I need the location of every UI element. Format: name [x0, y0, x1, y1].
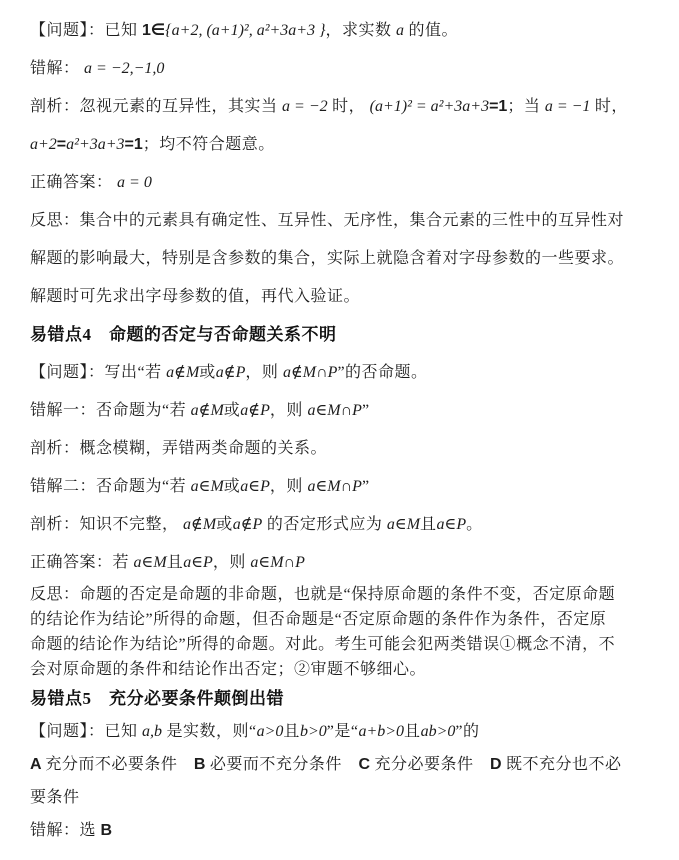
math-run: a∉M∩P: [283, 364, 338, 381]
math-run: a>0: [257, 723, 284, 740]
emphasis-run: A: [30, 756, 45, 773]
math-run: a∈M: [191, 478, 224, 495]
text-run: 错解一：否命题为“若: [30, 402, 191, 419]
math-run: b>0: [300, 723, 327, 740]
text-run: ”: [362, 478, 370, 495]
text-run: ”的: [455, 723, 479, 740]
text-run: 且: [420, 516, 437, 533]
math-run: a∈P: [437, 516, 467, 533]
section-heading-4: 易错点4 命题的否定与否命题关系不明: [30, 316, 655, 354]
math-run: a∉P: [216, 364, 246, 381]
text-run: 。: [466, 516, 483, 533]
text-run: 时，: [328, 98, 370, 115]
emphasis-run: 1∈: [142, 22, 165, 39]
emphasis-run: =: [57, 136, 66, 153]
math-run: a∉P: [240, 402, 270, 419]
math-run: a∉M: [183, 516, 216, 533]
math-run: (a+1)² = a²+3a+3: [370, 98, 489, 115]
math-run: a∉M: [191, 402, 224, 419]
answer-options-5: A 充分而不必要条件 B 必要而不充分条件 C 充分必要条件 D 既不充分也不必…: [30, 748, 655, 814]
problem-statement-5: 【问题】：已知 a,b 是实数，则“a>0且b>0”是“a+b>0且ab>0”的: [30, 715, 655, 748]
wrong-answer-4b: 错解二：否命题为“若 a∈M或a∈P，则 a∈M∩P”: [30, 468, 655, 506]
problem-statement-4: 【问题】：写出“若 a∉M或a∉P，则 a∉M∩P”的否命题。: [30, 354, 655, 392]
text-run: ，则: [213, 554, 251, 571]
emphasis-run: =1: [125, 136, 143, 153]
analysis-4a: 剖析：概念模糊，弄错两类命题的关系。: [30, 430, 655, 468]
text-run: 或: [199, 364, 216, 381]
emphasis-run: D: [490, 756, 506, 773]
text-run: 或: [216, 516, 233, 533]
math-run: a∈M∩P: [307, 478, 362, 495]
text-run: 正确答案：若: [30, 554, 134, 571]
text-run: 【问题】：已知: [30, 723, 142, 740]
text-run: 的否定形式应为: [262, 516, 387, 533]
emphasis-run: B: [101, 822, 113, 839]
text-run: ，则: [270, 478, 308, 495]
math-run: a∈P: [240, 478, 270, 495]
math-run: a = −2: [282, 98, 328, 115]
math-run: a∈M: [134, 554, 167, 571]
text-run: 充分而不必要条件: [45, 756, 194, 773]
text-run: 【问题】：写出“若: [30, 364, 166, 381]
math-run: a²+3a+3: [66, 136, 124, 153]
text-run: 或: [224, 478, 241, 495]
text-run: 错解：: [30, 60, 84, 77]
text-run: 充分必要条件: [374, 756, 490, 773]
text-run: ，求实数: [326, 22, 397, 39]
text-run: ”: [362, 402, 370, 419]
math-run: ab>0: [421, 723, 456, 740]
wrong-answer-3: 错解： a = −2,−1,0: [30, 50, 655, 88]
emphasis-run: B: [194, 756, 210, 773]
text-run: 时，: [590, 98, 628, 115]
correct-answer-3: 正确答案： a = 0: [30, 164, 655, 202]
math-run: a+2: [30, 136, 57, 153]
text-run: 且: [404, 723, 421, 740]
wrong-answer-4a: 错解一：否命题为“若 a∉M或a∉P，则 a∈M∩P”: [30, 392, 655, 430]
text-run: ，则: [270, 402, 308, 419]
text-run: 必要而不充分条件: [210, 756, 359, 773]
analysis-4b: 剖析：知识不完整， a∉M或a∉P 的否定形式应为 a∈M且a∈P。: [30, 506, 655, 544]
math-run: a+b>0: [358, 723, 404, 740]
math-run: a,b: [142, 723, 162, 740]
text-run: 错解：选: [30, 822, 101, 839]
text-run: 正确答案：: [30, 174, 117, 191]
text-run: 错解二：否命题为“若: [30, 478, 191, 495]
text-run: 且: [167, 554, 184, 571]
section-heading-5: 易错点5 充分必要条件颠倒出错: [30, 682, 655, 715]
reflection-3: 反思：集合中的元素具有确定性、互异性、无序性，集合元素的三性中的互异性对 解题的…: [30, 202, 655, 316]
emphasis-run: =1: [489, 98, 507, 115]
correct-answer-4: 正确答案：若 a∈M且a∈P，则 a∈M∩P: [30, 544, 655, 582]
text-run: ；均不符合题意。: [143, 136, 275, 153]
math-run: a∉M: [166, 364, 199, 381]
text-run: 是实数，则“: [162, 723, 257, 740]
text-run: ；当: [507, 98, 545, 115]
math-run: a∈M: [387, 516, 420, 533]
math-run: a = −2,−1,0: [84, 60, 164, 77]
text-run: ”是“: [327, 723, 359, 740]
reflection-4: 反思：命题的否定是命题的非命题，也就是“保持原命题的条件不变，否定原命题 的结论…: [30, 582, 655, 682]
text-run: 剖析：忽视元素的互异性，其实当: [30, 98, 282, 115]
text-run: 且: [283, 723, 300, 740]
math-run: a = −1: [545, 98, 591, 115]
math-run: a∈M∩P: [307, 402, 362, 419]
wrong-answer-5: 错解：选 B: [30, 814, 655, 847]
math-run: {a+2, (a+1)², a²+3a+3 }: [165, 22, 325, 39]
emphasis-run: C: [358, 756, 374, 773]
math-run: a∉P: [233, 516, 263, 533]
math-run: a = 0: [117, 174, 152, 191]
text-run: ，则: [245, 364, 283, 381]
text-run: 【问题】：已知: [30, 22, 142, 39]
text-run: 的值。: [404, 22, 458, 39]
math-run: a∈M∩P: [250, 554, 305, 571]
text-run: 剖析：知识不完整，: [30, 516, 183, 533]
analysis-3: 剖析：忽视元素的互异性，其实当 a = −2 时， (a+1)² = a²+3a…: [30, 88, 655, 164]
math-run: a: [396, 22, 404, 39]
text-run: ”的否命题。: [337, 364, 427, 381]
math-run: a∈P: [183, 554, 213, 571]
text-run: 或: [224, 402, 241, 419]
problem-statement-3: 【问题】：已知 1∈{a+2, (a+1)², a²+3a+3 }，求实数 a …: [30, 12, 655, 50]
document-page: 【问题】：已知 1∈{a+2, (a+1)², a²+3a+3 }，求实数 a …: [0, 0, 679, 860]
